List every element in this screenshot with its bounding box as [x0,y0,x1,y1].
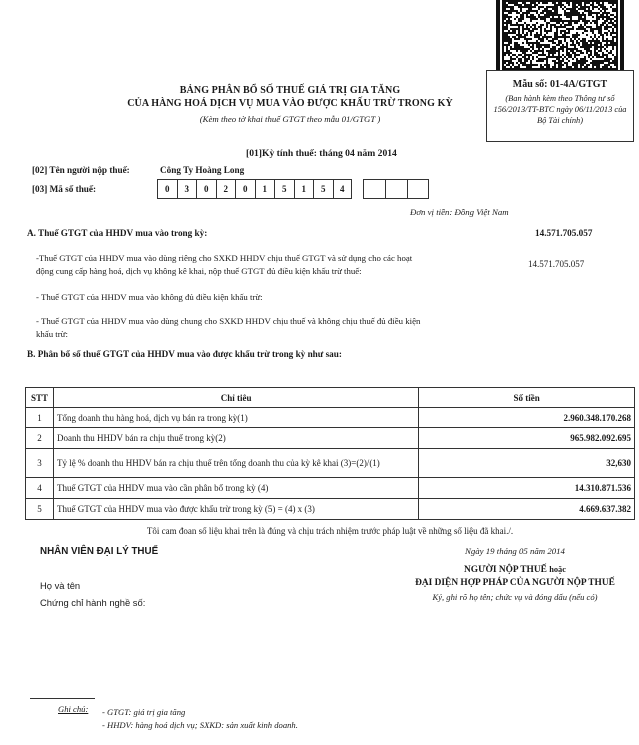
section-a-heading: A. Thuế GTGT của HHDV mua vào trong kỳ: [27,228,207,238]
row-amount: 14.310.871.536 [419,478,635,499]
form-note: (Ban hành kèm theo Thông tư số 156/2013/… [487,93,633,126]
form-code-box: Mẫu số: 01-4A/GTGT (Ban hành kèm theo Th… [486,70,634,142]
section-a-item: -Thuế GTGT của HHDV mua vào dùng riêng c… [36,252,426,278]
table-row: 5 Thuế GTGT của HHDV mua vào được khấu t… [26,499,635,520]
section-b-heading: B. Phân bổ số thuế GTGT của HHDV mua vào… [27,349,342,359]
taxpayer-name: Công Ty Hoàng Long [160,165,244,175]
currency-unit: Đơn vị tiền: Đồng Việt Nam [410,207,509,217]
row-stt: 1 [26,408,54,428]
tax-id-branch-boxes [363,179,429,199]
tax-id-digit: 0 [235,179,255,199]
section-a-item: - Thuế GTGT của HHDV mua vào không đủ đi… [36,291,426,304]
tax-id-digit-boxes: 0 3 0 2 0 1 5 1 5 4 [157,179,352,199]
row-description: Doanh thu HHDV bán ra chịu thuế trong kỳ… [53,428,418,449]
table-header-row: STT Chỉ tiêu Số tiền [26,388,635,408]
taxpayer-name-label: [02] Tên người nộp thuế: [32,165,130,175]
document-subtitle: (Kèm theo tờ khai thuế GTGT theo mẫu 01/… [100,114,480,124]
tax-id-digit: 3 [177,179,197,199]
row-stt: 4 [26,478,54,499]
table-row: 2 Doanh thu HHDV bán ra chịu thuế trong … [26,428,635,449]
signature-hint: Ký, ghi rõ họ tên; chức vụ và đóng dấu (… [395,592,635,602]
row-description: Thuế GTGT của HHDV mua vào được khấu trừ… [53,499,418,520]
tax-id-branch-digit [385,179,407,199]
table-row: 4 Thuế GTGT của HHDV mua vào cần phân bổ… [26,478,635,499]
tax-id-digit: 0 [196,179,216,199]
row-amount: 965.982.092.695 [419,428,635,449]
tax-agent-heading: NHÂN VIÊN ĐẠI LÝ THUẾ [40,546,158,557]
signer-title-line2: ĐẠI DIỆN HỢP PHÁP CỦA NGƯỜI NỘP THUẾ [395,578,635,588]
row-amount: 32,630 [419,449,635,478]
tax-period: [01]Kỳ tính thuế: tháng 04 năm 2014 [246,148,397,159]
section-a-item-value: 14.571.705.057 [528,259,584,269]
row-description: Tổng doanh thu hàng hoá, dịch vụ bán ra … [53,408,418,428]
column-header-stt: STT [26,388,54,408]
footnote-divider [30,698,95,699]
tax-agent-name-label: Họ và tên [40,580,80,591]
form-code: Mẫu số: 01-4A/GTGT [487,79,633,90]
section-a-total: 14.571.705.057 [535,228,592,238]
section-a-item: - Thuế GTGT của HHDV mua vào dùng chung … [36,315,426,341]
declaration-statement: Tôi cam đoan số liệu khai trên là đúng v… [25,526,635,536]
tax-id-branch-digit [407,179,429,199]
document-title-line2: CỦA HÀNG HOÁ DỊCH VỤ MUA VÀO ĐƯỢC KHẤU T… [100,98,480,109]
row-stt: 5 [26,499,54,520]
tax-agent-certificate-label: Chứng chỉ hành nghề số: [40,597,145,608]
notes-label: Ghi chú: [58,704,88,714]
row-stt: 2 [26,428,54,449]
signature-date: Ngày 19 tháng 05 năm 2014 [395,546,635,556]
document-title-line1: BẢNG PHÂN BỔ SỐ THUẾ GIÁ TRỊ GIA TĂNG [100,85,480,96]
allocation-table: STT Chỉ tiêu Số tiền 1 Tổng doanh thu hà… [25,387,635,520]
table-row: 3 Tỷ lệ % doanh thu HHDV bán ra chịu thu… [26,449,635,478]
row-description: Tỷ lệ % doanh thu HHDV bán ra chịu thuế … [53,449,418,478]
note-line: - HHDV: hàng hoá dịch vụ; SXKD: sản xuất… [102,720,298,730]
signer-title-suffix: hoặc [549,565,566,574]
tax-id-digit: 5 [274,179,294,199]
column-header-criteria: Chỉ tiêu [53,388,418,408]
tax-id-digit: 2 [216,179,236,199]
row-amount: 2.960.348.170.268 [419,408,635,428]
tax-id-digit: 1 [255,179,275,199]
column-header-amount: Số tiền [419,388,635,408]
row-amount: 4.669.637.382 [419,499,635,520]
tax-id-digit: 1 [294,179,314,199]
row-description: Thuế GTGT của HHDV mua vào cần phân bổ t… [53,478,418,499]
2d-barcode [496,0,624,70]
tax-id-digit: 0 [157,179,177,199]
tax-id-branch-digit [363,179,385,199]
tax-id-label: [03] Mã số thuế: [32,184,96,194]
signer-title: NGƯỜI NỘP THUẾ [464,565,547,575]
tax-id-digit: 4 [333,179,353,199]
row-stt: 3 [26,449,54,478]
note-line: - GTGT: giá trị gia tăng [102,707,185,717]
table-row: 1 Tổng doanh thu hàng hoá, dịch vụ bán r… [26,408,635,428]
tax-id-digit: 5 [313,179,333,199]
signer-title-line1: NGƯỜI NỘP THUẾ hoặc [395,565,635,575]
